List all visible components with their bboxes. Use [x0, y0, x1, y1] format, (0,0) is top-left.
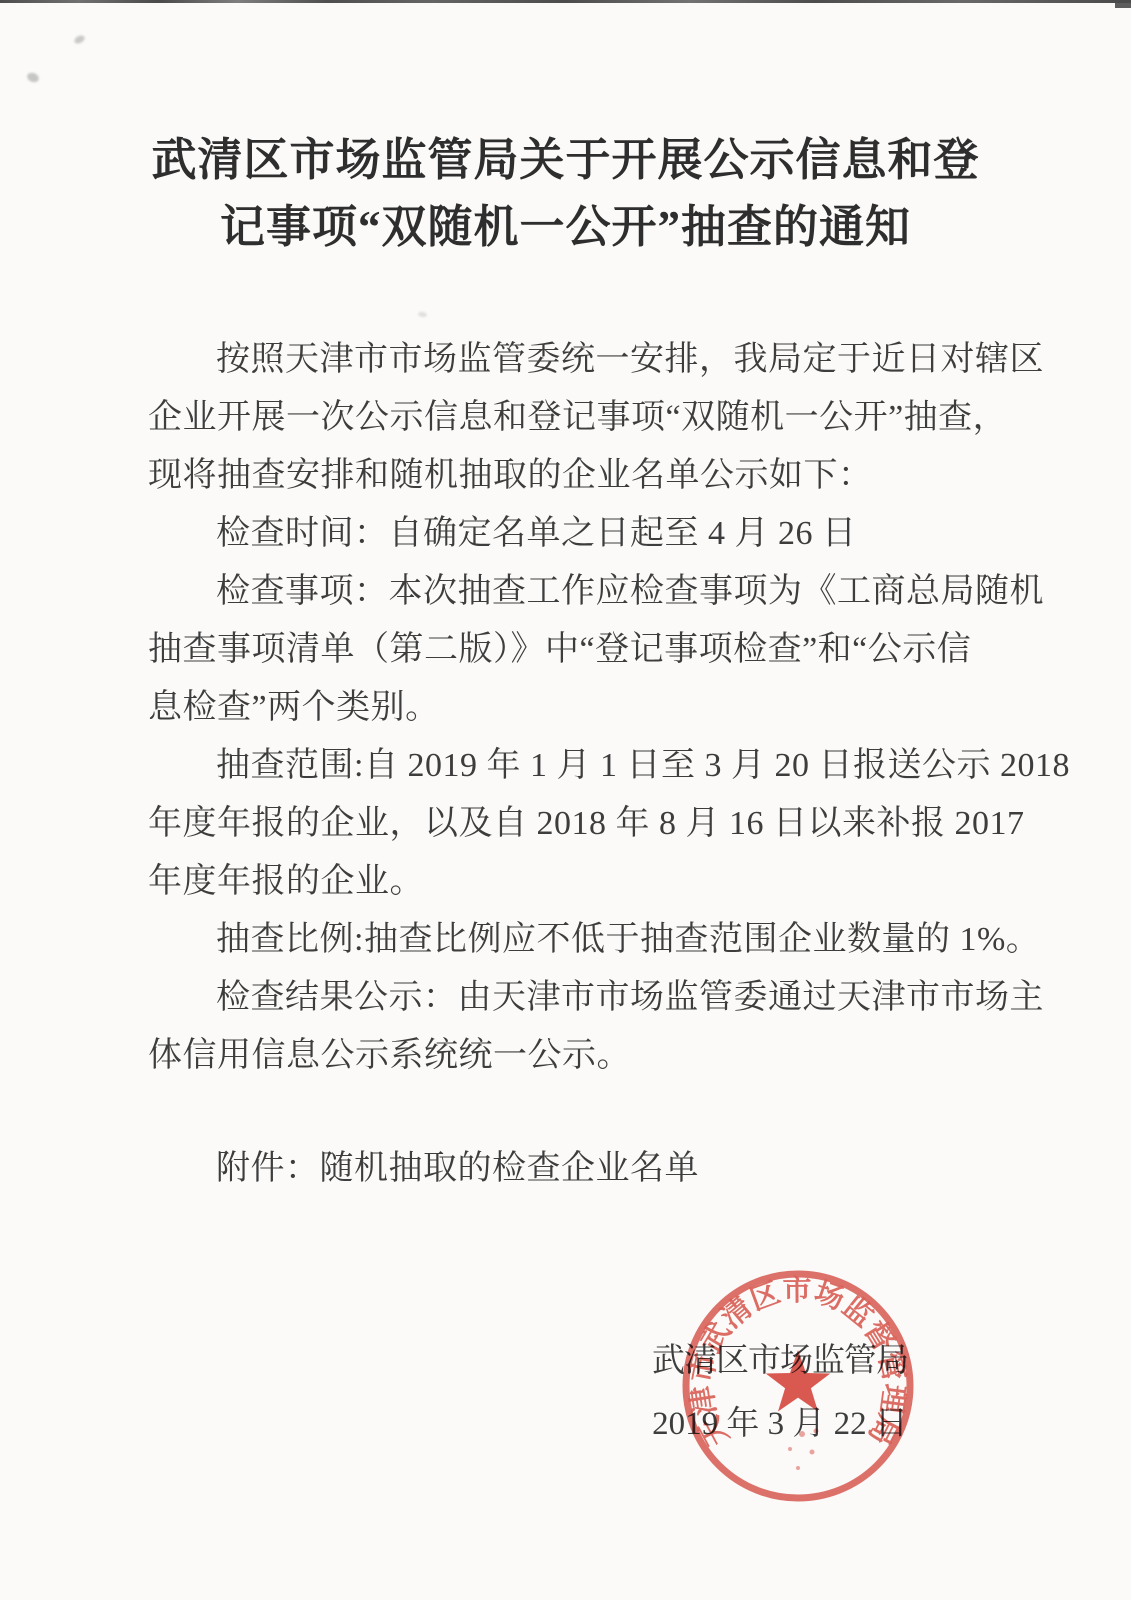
- body-line: 年度年报的企业，以及自 2018 年 8 月 16 日以来补报 2017: [148, 795, 948, 853]
- scan-noise-speck: [418, 311, 428, 317]
- scan-edge-artifact: [0, 0, 1131, 3]
- body-line: 检查结果公示：由天津市市场监管委通过天津市市场主: [148, 969, 948, 1027]
- attachment-line: 附件：随机抽取的检查企业名单: [148, 1140, 948, 1198]
- scan-corner-artifact: [1115, 1, 1131, 8]
- page-title-line2: 记事项“双随机一公开”抽查的通知: [0, 194, 1131, 261]
- star-icon: [766, 1350, 831, 1412]
- scan-noise-speck: [73, 34, 86, 45]
- blank-gap: [148, 1085, 948, 1140]
- body-line: 检查时间：自确定名单之日起至 4 月 26 日: [148, 505, 948, 563]
- body-line: 按照天津市市场监管委统一安排，我局定于近日对辖区: [148, 331, 948, 389]
- stamp-ink-specks: [788, 1429, 819, 1471]
- body-line: 体信用信息公示系统统一公示。: [148, 1027, 948, 1085]
- document-body: 按照天津市市场监管委统一安排，我局定于近日对辖区 企业开展一次公示信息和登记事项…: [148, 331, 948, 1198]
- body-line: 抽查范围:自 2019 年 1 月 1 日至 3 月 20 日报送公示 2018: [148, 737, 948, 795]
- body-line: 抽查比例:抽查比例应不低于抽查范围企业数量的 1%。: [148, 911, 948, 969]
- body-line: 现将抽查安排和随机抽取的企业名单公示如下：: [148, 447, 948, 505]
- page-title: 武清区市场监管局关于开展公示信息和登 记事项“双随机一公开”抽查的通知: [0, 127, 1131, 261]
- body-line: 年度年报的企业。: [148, 853, 948, 911]
- body-line: 息检查”两个类别。: [148, 679, 948, 737]
- body-line: 检查事项：本次抽查工作应检查事项为《工商总局随机: [148, 563, 948, 621]
- official-stamp: 天津市武清区市场监督管理局: [655, 1245, 945, 1540]
- body-line: 企业开展一次公示信息和登记事项“双随机一公开”抽查，: [148, 389, 948, 447]
- body-line: 抽查事项清单（第二版）》中“登记事项检查”和“公示信: [148, 621, 948, 679]
- scan-noise-speck: [26, 71, 40, 84]
- page-title-line1: 武清区市场监管局关于开展公示信息和登: [0, 127, 1131, 194]
- scanned-document-page: 武清区市场监管局关于开展公示信息和登 记事项“双随机一公开”抽查的通知 按照天津…: [0, 0, 1131, 1600]
